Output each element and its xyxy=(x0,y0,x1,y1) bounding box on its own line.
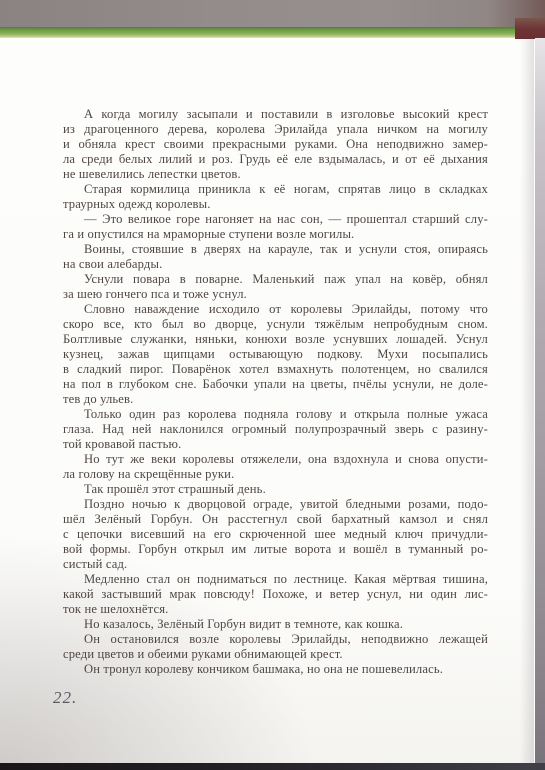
text-line: с цепочки висевший на его скрюченной шее… xyxy=(63,527,488,542)
text-line: на свои алебарды. xyxy=(63,257,488,272)
text-line: Так прошёл этот страшный день. xyxy=(63,482,488,497)
text-line: глаза. Над ней наклонился огромный полуп… xyxy=(63,422,488,437)
text-line: той кровавой пастью. xyxy=(63,437,488,452)
text-line: траурных одежд королевы. xyxy=(63,197,488,212)
text-line: Поздно ночью к дворцовой ограде, увитой … xyxy=(63,497,488,512)
text-line: Старая кормилица приникла к её ногам, сп… xyxy=(63,182,488,197)
text-line: скоро все, кто был во дворце, уснули тяж… xyxy=(63,317,488,332)
text-line: в сладкий пирог. Поварёнок хотел взмахну… xyxy=(63,362,488,377)
text-line: Воины, стоявшие в дверях на карауле, так… xyxy=(63,242,488,257)
page-text: А когда могилу засыпали и поставили в из… xyxy=(63,107,488,677)
text-line: какой застывший мрак повсюду! Похоже, и … xyxy=(63,587,488,602)
text-line: ла среди белых лилий и роз. Грудь её еле… xyxy=(63,152,488,167)
scan-bottom-edge xyxy=(0,763,545,770)
text-line: га и опустился на мраморные ступени возл… xyxy=(63,227,488,242)
text-line: Уснули повара в поварне. Маленький паж у… xyxy=(63,272,488,287)
text-line: — Это великое горе нагоняет на нас сон, … xyxy=(63,212,488,227)
text-line: Но тут же веки королевы отяжелели, она в… xyxy=(63,452,488,467)
scanned-book-page: А когда могилу засыпали и поставили в из… xyxy=(0,0,545,770)
text-line: вой формы. Горбун открыл им литые ворота… xyxy=(63,542,488,557)
book-cover-edge-green xyxy=(0,27,529,38)
book-page: А когда могилу засыпали и поставили в из… xyxy=(0,38,534,770)
text-line: Словно наваждение исходило от королевы Э… xyxy=(63,302,488,317)
text-line: за шею гончего пса и тоже уснул. xyxy=(63,287,488,302)
book-cover-corner-maroon xyxy=(515,18,545,39)
text-line: Болтливые служанки, няньки, конюхи возле… xyxy=(63,332,488,347)
text-line: А когда могилу засыпали и поставили в из… xyxy=(63,107,488,122)
text-line: Он остановился возле королевы Эрилайды, … xyxy=(63,632,488,647)
text-line: кузнец, зажав щипцами остывающую подкову… xyxy=(63,347,488,362)
text-line: Медленно стал он подниматься по лестнице… xyxy=(63,572,488,587)
text-line: не шевелились лепестки цветов. xyxy=(63,167,488,182)
text-line: среди цветов и обеими руками обнимающей … xyxy=(63,647,488,662)
text-line: шёл Зелёный Горбун. Он расстегнул свой б… xyxy=(63,512,488,527)
text-line: Только один раз королева подняла голову … xyxy=(63,407,488,422)
text-line: ла голову на скрещённые руки. xyxy=(63,467,488,482)
text-line: тев до ульев. xyxy=(63,392,488,407)
text-line: на пол в глубоком сне. Бабочки упали на … xyxy=(63,377,488,392)
text-line: Но казалось, Зелёный Горбун видит в темн… xyxy=(63,617,488,632)
text-line: Он тронул королеву кончиком башмака, но … xyxy=(63,662,488,677)
text-line: и обняла крест своими прекрасными руками… xyxy=(63,137,488,152)
scanner-background-band xyxy=(0,0,545,27)
text-line: из драгоценного дерева, королева Эрилайд… xyxy=(63,122,488,137)
text-line: систый сад. xyxy=(63,557,488,572)
text-line: ток не шелохнётся. xyxy=(63,602,488,617)
page-edge-strip xyxy=(535,38,545,770)
page-number: 22. xyxy=(53,688,77,708)
